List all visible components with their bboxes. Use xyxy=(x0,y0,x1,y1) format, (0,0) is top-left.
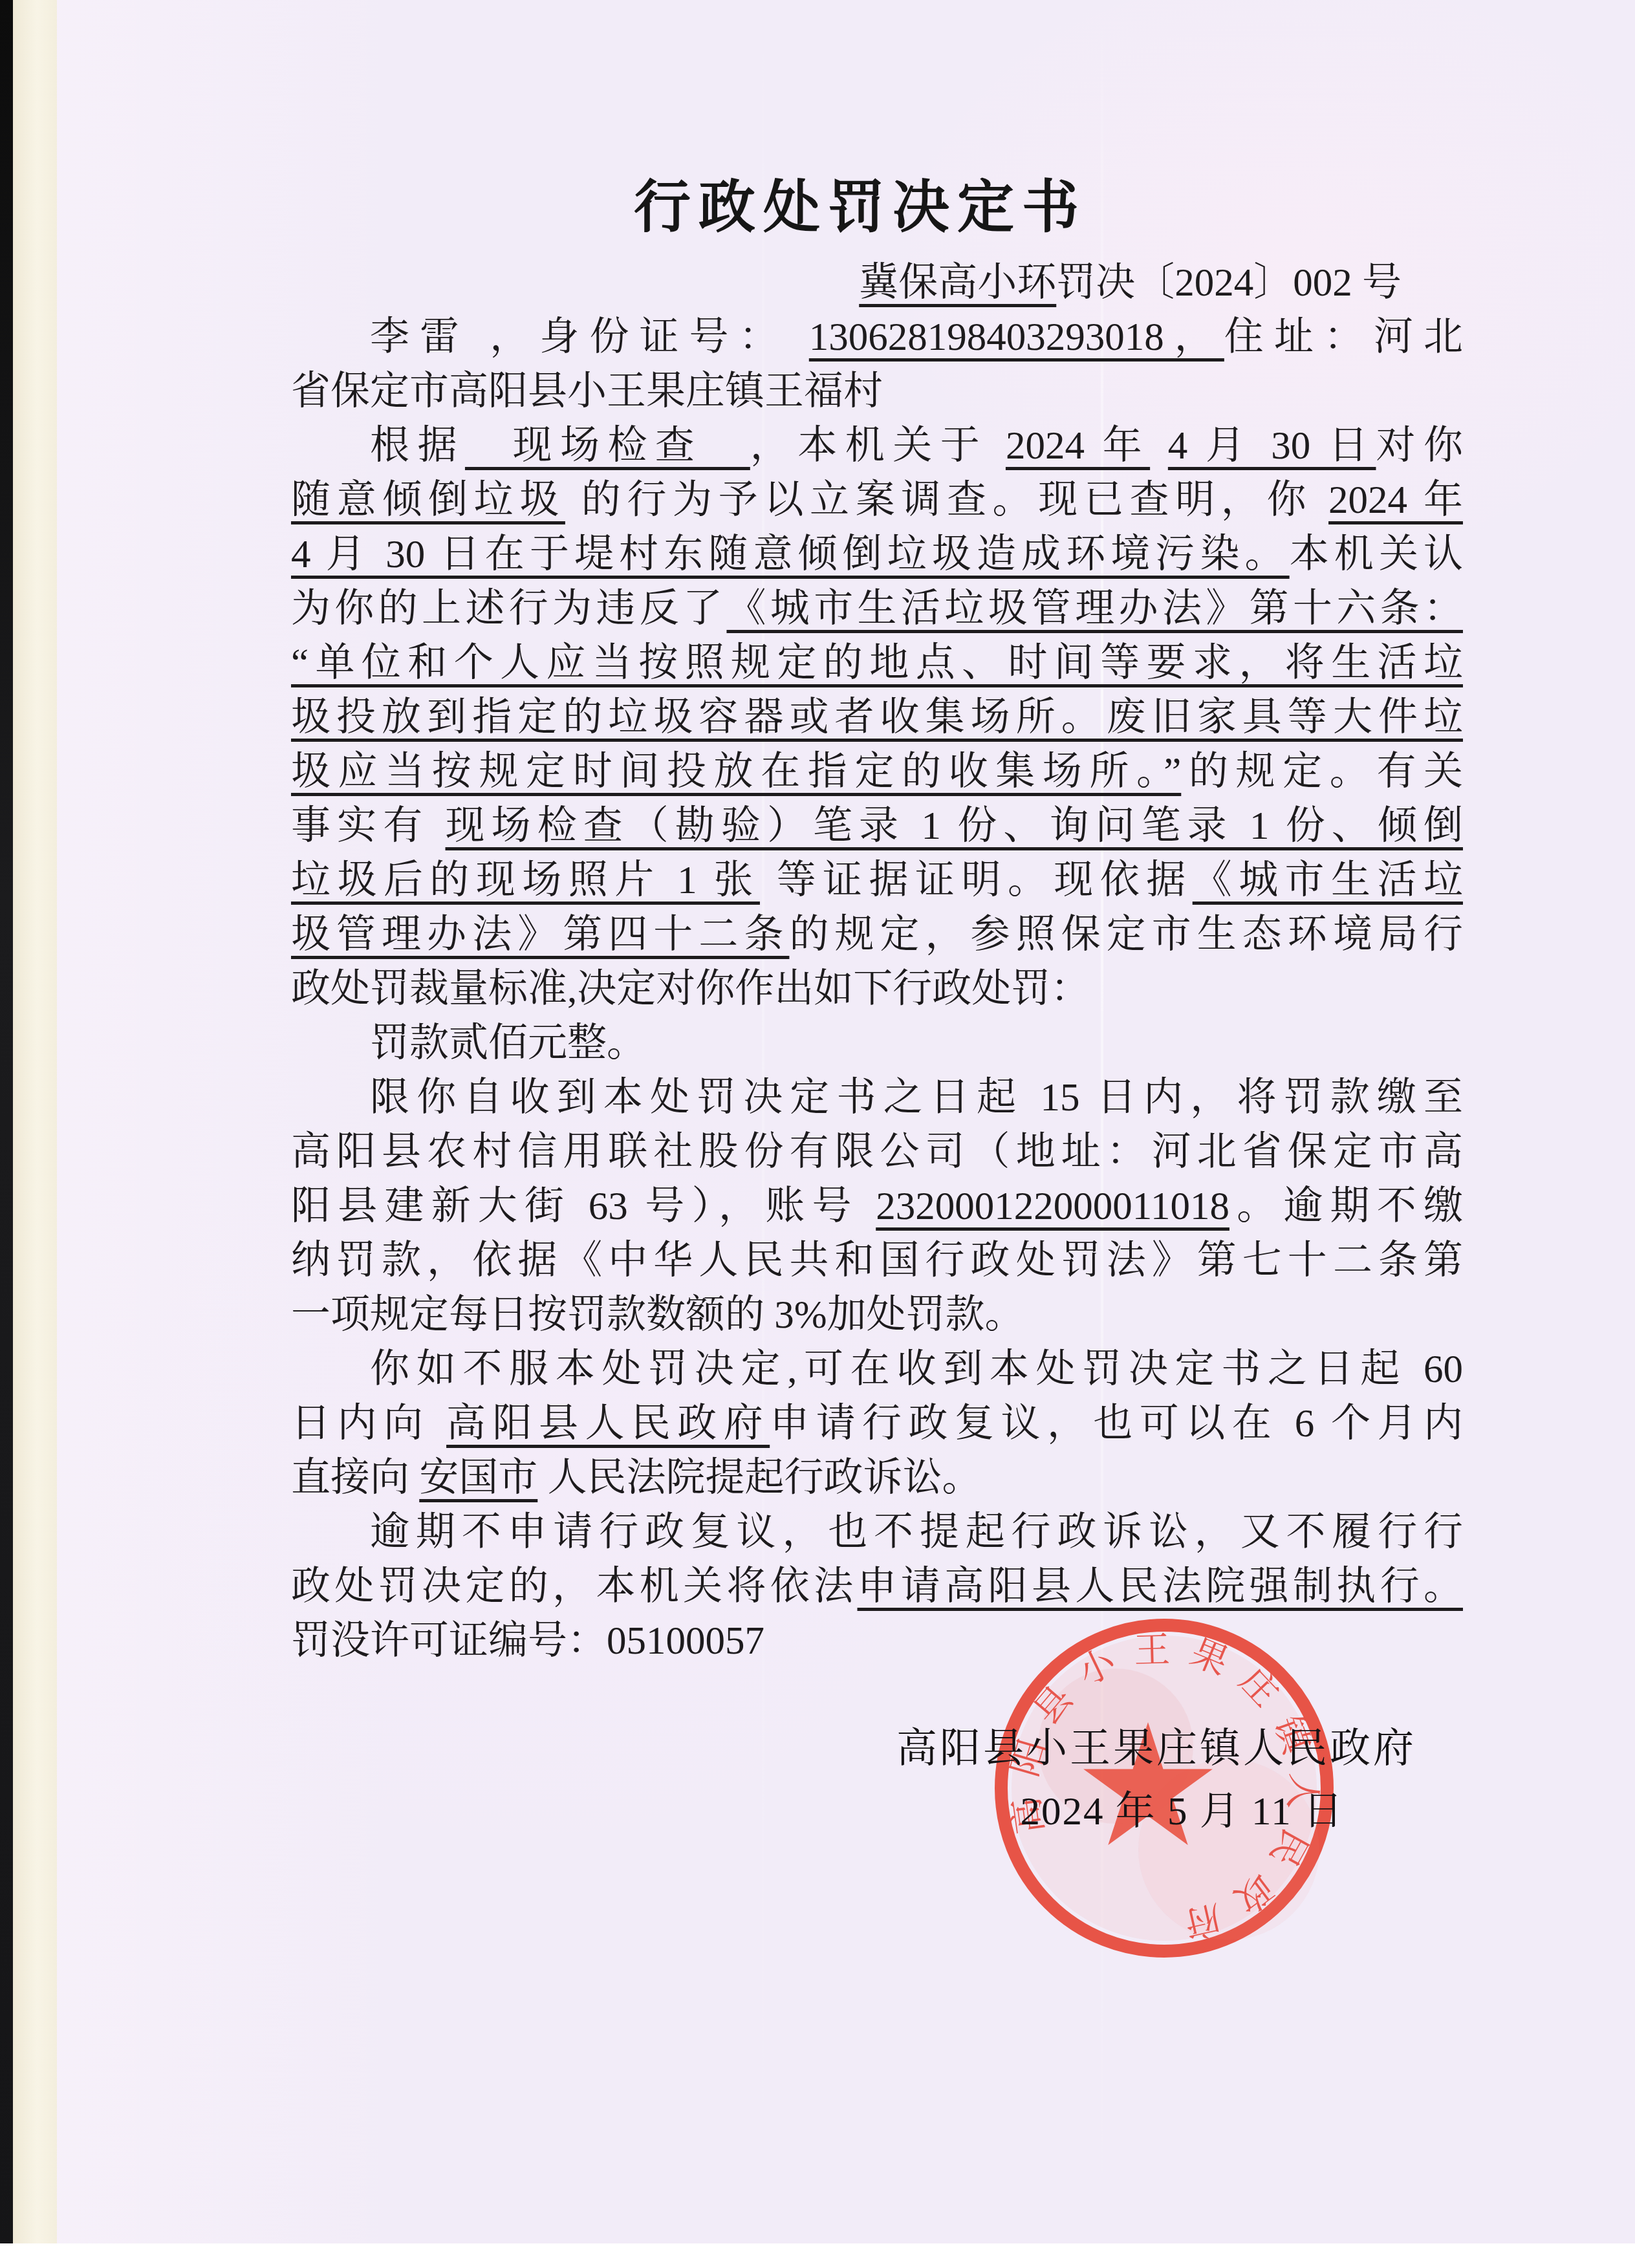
text-segment: 省保定市高阳县小王果庄镇王福村 xyxy=(291,370,883,413)
document-line: 日内向 高阳县人民政府申请行政复议，也可以在 6 个月内 xyxy=(291,1397,1463,1451)
document-line: 限你自收到本处罚决定书之日起 15 日内，将罚款缴至 xyxy=(291,1071,1463,1125)
text-segment: 罚款贰佰元整。 xyxy=(370,1022,646,1065)
text-segment: 限你自收到本处罚决定书之日起 15 日内，将罚款缴至 xyxy=(370,1076,1463,1119)
filled-blank-text: 130628198403293018， xyxy=(809,316,1224,359)
filled-blank-text: 高阳县人民政府 xyxy=(446,1402,770,1445)
text-segment: 事实有 xyxy=(291,805,446,848)
filled-blank-text: 《城市生活垃圾管理办法》第十六条： xyxy=(726,587,1463,631)
document-title: 行政处罚决定书 xyxy=(291,162,1429,243)
text-segment: ，本机关于 xyxy=(750,424,1006,468)
text-segment: 阳县建新大街 63 号），账号 xyxy=(291,1185,876,1228)
filled-blank-text: 2024 年 xyxy=(1328,479,1463,522)
text-segment: 罚没许可证编号：05100057 xyxy=(291,1619,764,1663)
document-line: 垃圾后的现场照片 1 张 等证据证明。现依据《城市生活垃 xyxy=(291,854,1463,908)
document-line: 一项规定每日按罚款数额的 3%加处罚款。 xyxy=(291,1288,1463,1343)
document-line: 圾管理办法》第四十二条的规定，参照保定市生态环境局行 xyxy=(291,908,1463,962)
document-line: 阳县建新大街 63 号），账号 232000122000011018。逾期不缴 xyxy=(291,1180,1463,1234)
filled-blank-text: 随意倾倒垃圾 xyxy=(291,479,565,522)
text-segment: 本机关认 xyxy=(1290,533,1463,576)
issuing-authority: 高阳县小王果庄镇人民政府 xyxy=(291,1715,1416,1774)
text-segment: 纳罚款，依据《中华人民共和国行政处罚法》第七十二条第 xyxy=(291,1239,1463,1282)
text-segment: 为你的上述行为违反了 xyxy=(291,587,726,631)
filled-blank-text: 《城市生活垃 xyxy=(1193,859,1463,902)
issue-date: 2024 年 5 月 11 日 xyxy=(291,1780,1344,1836)
text-segment: 等证据证明。现依据 xyxy=(760,859,1193,902)
document-line: 4 月 30 日在于堤村东随意倾倒垃圾造成环境污染。本机关认 xyxy=(291,528,1463,582)
filled-blank-text: 圾投放到指定的垃圾容器或者收集场所。废旧家具等大件垃 xyxy=(291,696,1463,739)
text-segment: 的规定。有关 xyxy=(1181,750,1463,794)
document-line: 圾投放到指定的垃圾容器或者收集场所。废旧家具等大件垃 xyxy=(291,691,1463,745)
document-line: 政处罚裁量标准,决定对你作出如下行政处罚： xyxy=(291,962,1463,1017)
filled-blank-text: 4 月 30 日在于堤村东随意倾倒垃圾造成环境污染。 xyxy=(291,533,1290,576)
text-segment: 的规定，参照保定市生态环境局行 xyxy=(789,913,1463,956)
filled-blank-text: 冀保高小环 xyxy=(859,261,1056,305)
filled-blank-text: 申请高阳县人民法院强制执行。 xyxy=(858,1565,1464,1608)
filled-blank-text: 4 月 30 日 xyxy=(1168,424,1376,468)
document-line: 政处罚决定的，本机关将依法申请高阳县人民法院强制执行。 xyxy=(291,1560,1463,1614)
filled-blank-text: 圾管理办法》第四十二条 xyxy=(291,913,789,956)
text-segment: 申请行政复议，也可以在 6 个月内 xyxy=(770,1402,1463,1445)
paper-edge-strip xyxy=(13,0,57,2243)
text-segment xyxy=(1150,424,1168,468)
text-segment: 政处罚决定的，本机关将依法 xyxy=(291,1565,858,1608)
filled-blank-text: 圾应当按规定时间投放在指定的收集场所。” xyxy=(291,750,1181,794)
document-line: 直接向 安国市 人民法院提起行政诉讼。 xyxy=(291,1451,1463,1506)
document-line: 罚款贰佰元整。 xyxy=(291,1017,1463,1071)
document-line: 逾期不申请行政复议，也不提起行政诉讼，又不履行行 xyxy=(291,1506,1463,1560)
document-line: 省保定市高阳县小王果庄镇王福村 xyxy=(291,365,1463,419)
text-segment: 的行为予以立案调查。现已查明，你 xyxy=(565,479,1328,522)
text-segment: 对你 xyxy=(1376,424,1462,468)
filled-blank-text: 安国市 xyxy=(419,1456,537,1500)
document-line: 根据 现场检查 ，本机关于 2024 年 4 月 30 日对你 xyxy=(291,419,1463,473)
text-segment: 罚决〔2024〕002 号 xyxy=(1056,261,1402,305)
filled-blank-text: 垃圾后的现场照片 1 张 xyxy=(291,859,760,902)
scanner-edge xyxy=(0,0,13,2243)
document-line: 冀保高小环罚决〔2024〕002 号 xyxy=(291,256,1463,310)
document-body: 冀保高小环罚决〔2024〕002 号李雷 ，身份证号： 130628198403… xyxy=(291,256,1463,1669)
document-line: 随意倾倒垃圾 的行为予以立案调查。现已查明，你 2024 年 xyxy=(291,473,1463,528)
scan-bottom-gap xyxy=(0,2243,1635,2268)
document-line: 事实有 现场检查（勘验）笔录 1 份、询问笔录 1 份、倾倒 xyxy=(291,799,1463,854)
text-segment: 一项规定每日按罚款数额的 3%加处罚款。 xyxy=(291,1293,1024,1337)
filled-blank-text: “单位和个人应当按照规定的地点、时间等要求，将生活垃 xyxy=(291,642,1463,685)
filled-blank-text: 2024 年 xyxy=(1006,424,1150,468)
text-segment: 你如不服本处罚决定,可在收到本处罚决定书之日起 60 xyxy=(370,1348,1463,1391)
document-line: 高阳县农村信用联社股份有限公司（地址：河北省保定市高 xyxy=(291,1125,1463,1180)
document-line: 为你的上述行为违反了《城市生活垃圾管理办法》第十六条： xyxy=(291,582,1463,636)
text-segment: 根据 xyxy=(370,424,465,468)
text-segment: 政处罚裁量标准,决定对你作出如下行政处罚： xyxy=(291,967,1090,1011)
text-segment: 。逾期不缴 xyxy=(1229,1185,1463,1228)
filled-blank-text: 现场检查 xyxy=(465,424,750,468)
text-segment: 人民法院提起行政诉讼。 xyxy=(537,1456,981,1500)
scanned-document: 行政处罚决定书 冀保高小环罚决〔2024〕002 号李雷 ，身份证号： 1306… xyxy=(0,0,1635,2268)
text-segment: 住址：河北 xyxy=(1224,316,1463,359)
text-segment: 高阳县农村信用联社股份有限公司（地址：河北省保定市高 xyxy=(291,1130,1463,1174)
document-line: “单位和个人应当按照规定的地点、时间等要求，将生活垃 xyxy=(291,636,1463,691)
filled-blank-text: 现场检查（勘验）笔录 1 份、询问笔录 1 份、倾倒 xyxy=(446,805,1463,848)
document-line: 李雷 ，身份证号： 130628198403293018，住址：河北 xyxy=(291,310,1463,365)
text-segment: 日内向 xyxy=(291,1402,446,1445)
document-line: 纳罚款，依据《中华人民共和国行政处罚法》第七十二条第 xyxy=(291,1234,1463,1288)
text-segment: 直接向 xyxy=(291,1456,419,1500)
filled-blank-text: 232000122000011018 xyxy=(876,1185,1229,1228)
text-segment: 李雷 ，身份证号： xyxy=(370,316,809,359)
text-segment: 逾期不申请行政复议，也不提起行政诉讼，又不履行行 xyxy=(370,1511,1463,1554)
document-line: 你如不服本处罚决定,可在收到本处罚决定书之日起 60 xyxy=(291,1343,1463,1397)
document-line: 圾应当按规定时间投放在指定的收集场所。”的规定。有关 xyxy=(291,745,1463,799)
